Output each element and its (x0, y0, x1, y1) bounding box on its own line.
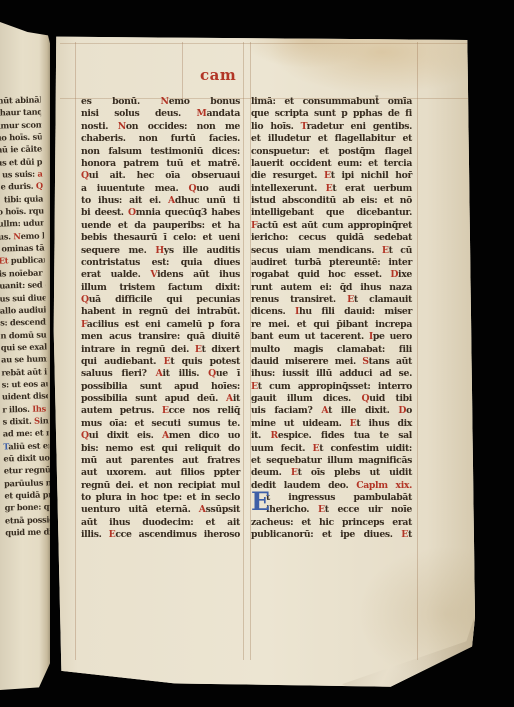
folded-corner (338, 606, 476, 690)
facing-page-text-line: quid me dicis (5, 525, 51, 538)
text-line: aut uxorem. aut filios ppter (81, 467, 240, 479)
text-line: die resurget. Et ipi nichil hor̄ (251, 170, 412, 182)
text-line: zacheus: et hic princeps erat (251, 517, 412, 529)
text-line: Qui dixit eis. Amen dico uo (81, 430, 240, 442)
facing-page-text-line: uo hoīs. sūta (0, 131, 42, 144)
facing-page-text-line: et quidā prin (4, 488, 50, 501)
facing-page-text-line: us sui diues. d (0, 291, 46, 304)
running-title: cam (200, 66, 236, 84)
facing-page-text-line: ad me: et nol (3, 427, 49, 440)
manuscript-photo: mūt abinālāchaur tanqoamur scomuo hoīs. … (0, 0, 514, 707)
text-line: mū aut parentes aut fratres (81, 455, 240, 467)
text-line: nisi solus deus. Mandata (81, 108, 240, 120)
facing-page-text-line: uanit: sed q (0, 279, 45, 292)
facing-page-text-line: s: descendit h (0, 316, 46, 329)
facing-page-text-line: s: ut eos auga (2, 377, 48, 390)
text-line: illum tristem factum dixit: (81, 282, 240, 294)
text-line: dedit laudem deo. Caplm xix. (251, 480, 412, 492)
text-line: Et cum appropinq̄sset: interro (251, 381, 412, 393)
text-line: aūt ihus duodecim: et ait (81, 517, 240, 529)
facing-page-text-line: gr bone: quid (5, 501, 51, 514)
text-line: secus uiam mendicans. Et cū (251, 245, 412, 257)
facing-page-text-line: s dixit. Sinite (2, 414, 48, 427)
text-line: uende et da pauperibs: et ha (81, 220, 240, 232)
text-line: saluus fieri? Ait illis. Que ī (81, 368, 240, 380)
text-line: gauit illum dices. Quid tibi (251, 393, 412, 405)
ruling-line-vertical (75, 42, 76, 660)
text-line: et sequebatur illum magnificās (251, 455, 412, 467)
facing-page-text-fragments: mūt abinālāchaur tanqoamur scomuo hoīs. … (0, 94, 51, 539)
facing-page-text-line: au se humiliat (1, 353, 47, 366)
text-line: Factū est aūt cum appropinq̄ret (251, 220, 412, 232)
text-column-right: limā: et consummabunt̄ omīaque scripta s… (251, 96, 412, 542)
text-line: it. Respice. fides tua te sal (251, 430, 412, 442)
facing-page-text-line: rebāt aūt illi (1, 365, 47, 378)
facing-page-text-line: etnā possideb (5, 513, 51, 526)
facing-page-edge: mūt abinālāchaur tanqoamur scomuo hoīs. … (0, 22, 50, 690)
text-line: runt autem ei: q̄d ihus naza (251, 282, 412, 294)
facing-page-text-line: Et publicanū (0, 254, 45, 267)
facing-page-text-line: Taliū est eni (3, 439, 49, 452)
text-line: intelligebant que dicebantur. (251, 207, 412, 219)
facing-page-text-line: ominas tā (0, 242, 44, 255)
text-line: iericho: cecus quidā sedebat (251, 232, 412, 244)
text-line: ihericho. Et ecce uir noīe (251, 504, 412, 516)
facing-page-text-line: etur regnū d (4, 464, 50, 477)
text-line: habent in regnū dei intrabūt. (81, 306, 240, 318)
facing-page-text-line: uident discip (2, 390, 48, 403)
text-line: dicens. Ihu fili dauid: miser (251, 306, 412, 318)
text-line: limā: et consummabunt̄ omīa (251, 96, 412, 108)
facing-page-text-line: us et dūi p (0, 155, 42, 168)
text-line: illis. Ecce ascendimus iheroso (81, 529, 240, 541)
text-line: to ihus: ait ei. Adhuc unū ti (81, 195, 240, 207)
text-line: audiret turbā ptereuntē: inter (251, 257, 412, 269)
text-line: erat ualde. Videns aūt ihus (81, 269, 240, 281)
facing-page-text-line: us suis: a (0, 168, 43, 181)
text-line: conspuetur: et postq̄m flagel (251, 146, 412, 158)
text-line: possibilia sunt apud hoīes: (81, 381, 240, 393)
text-line: publicanorū: et ipe diues. Et (251, 529, 412, 541)
facing-page-text-line: n domū suā (0, 328, 46, 341)
text-line: nosti. Non occides: non me (81, 121, 240, 133)
facing-page-text-line: nū ie cāite (0, 143, 42, 156)
text-line: ihus: iussit illū adduci ad se. (251, 368, 412, 380)
text-line: lio hoīs. Tradetur eni gentibs. (251, 121, 412, 133)
facing-page-text-line: us. Nemo lā (0, 229, 44, 242)
text-line: qui audiebant. Et quis potest (81, 356, 240, 368)
text-line: intellexerunt. Et erat uerbum (251, 183, 412, 195)
text-line: to plura in hoc tpe: et in seclo (81, 492, 240, 504)
text-line: honora patrem tuū et matrē. (81, 158, 240, 170)
text-line: Facilius est eni camelū p fora (81, 319, 240, 331)
text-column-left: es bonū. Nemo bonusnisi solus deus. Mand… (81, 96, 240, 542)
text-line: t ingressus pambulabāt (251, 492, 412, 504)
text-line: dauid miserere mei. Stans aūt (251, 356, 412, 368)
text-line: intrare in regnū dei. Et dixert (81, 344, 240, 356)
facing-page-text-line: e duris. Q (0, 180, 43, 193)
facing-page-text-line: amur scom (0, 118, 41, 131)
text-line: renus transiret. Et clamauit (251, 294, 412, 306)
text-line: bebis thesaurū ī celo: et ueni (81, 232, 240, 244)
facing-page-text-line: r illos. Ihs aū (2, 402, 48, 415)
text-line: istud absconditū ab eis: et nō (251, 195, 412, 207)
text-line: chaberis. non furtū facies. (81, 133, 240, 145)
ruling-line-vertical (243, 42, 244, 660)
facing-page-text-line: parūulus nō (4, 476, 50, 489)
ruling-line-title (182, 42, 183, 102)
facing-page-text-line: ullm: udur et (0, 217, 44, 230)
text-line: et illudetur et flagellabitur et (251, 133, 412, 145)
text-line: re mei. et qui p̄ibant increpa (251, 319, 412, 331)
text-line: contristatus est: quia diues (81, 257, 240, 269)
facing-page-text-line: qui se exaltāt (1, 340, 47, 353)
text-line: rogabat quid hoc esset. Dixe (251, 269, 412, 281)
facing-page-text-line: chaur tanqo (0, 106, 41, 119)
text-line: autem petrus. Ecce nos reliq̄ (81, 405, 240, 417)
facing-page-text-line: allo audiui (0, 303, 46, 316)
text-line: non falsum testimoniū dices: (81, 146, 240, 158)
text-line: regnū dei. et non recipiat mul (81, 480, 240, 492)
manuscript-page: cam es bonū. Nemo bonusnisi solus deus. … (52, 34, 478, 694)
text-line: Quā difficile qui pecunias (81, 294, 240, 306)
text-line: deum. Et oīs plebs ut uidit (251, 467, 412, 479)
text-line: possibilia sunt apud deū. Ait (81, 393, 240, 405)
text-line: mus oīa: et secuti sumus te. (81, 418, 240, 430)
text-line: es bonū. Nemo bonus (81, 96, 240, 108)
text-line: Qui ait. hec oīa obseruaui (81, 170, 240, 182)
text-line: que scripta sunt p pphas de fi (251, 108, 412, 120)
text-line: bis: nemo est qui reliquit do (81, 443, 240, 455)
facing-page-text-line: o hoīs. rque (0, 205, 44, 218)
text-line: lauerit occident eum: et tercia (251, 158, 412, 170)
ruling-line-vertical (417, 42, 418, 660)
text-line: mine ut uideam. Et ihus dix (251, 418, 412, 430)
ruling-line-horizontal (60, 43, 468, 44)
chapter-initial: E (251, 490, 270, 513)
facing-page-text-line: is noīebar rō (0, 266, 45, 279)
facing-page-text-line: mūt abinālā (0, 94, 41, 107)
facing-page-text-line: eū dixit uobis (3, 451, 49, 464)
text-line: uum fecit. Et confestim uidit: (251, 443, 412, 455)
text-line: uenturo uitā eternā. Assūpsit (81, 504, 240, 516)
text-line: men acus transire: quā diuitē (81, 331, 240, 343)
text-line: bant eum ut tacerent. Ipe uero (251, 331, 412, 343)
text-line: multo magis clamabat: fili (251, 344, 412, 356)
text-line: bi deest. Omnia quecūq3 habes (81, 207, 240, 219)
text-line: uis faciam? At ille dixit. Do (251, 405, 412, 417)
facing-page-text-line: tibi: quia (0, 192, 43, 205)
text-line: sequere me. Hys ille auditis (81, 245, 240, 257)
text-line: a iuuentute mea. Quo audi (81, 183, 240, 195)
